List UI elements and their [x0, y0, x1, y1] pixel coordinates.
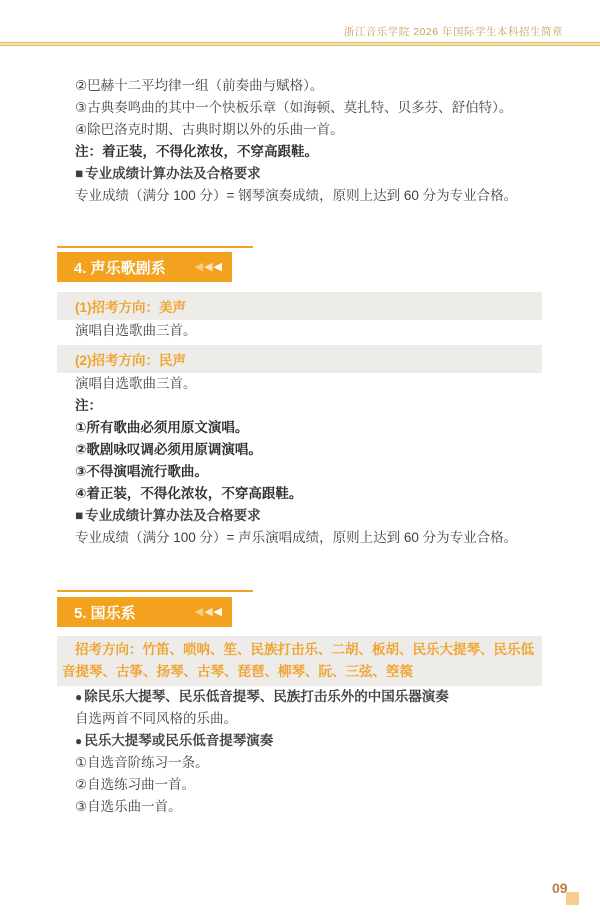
vocal-opera-section: 4. 声乐歌剧系 ◀ ◀ ◀ (1)招考方向：美声 演唱自选歌曲三首。 (2)招… [57, 246, 542, 549]
subsection-heading-label: 除民乐大提琴、民乐低音提琴、民族打击乐外的中国乐器演奏 [84, 689, 449, 704]
score-method-text: 专业成绩（满分 100 分）= 钢琴演奏成绩，原则上达到 60 分为专业合格。 [57, 185, 542, 207]
directions-instrument-list: 招考方向：竹笛、唢呐、笙、民族打击乐、二胡、板胡、民乐大提琴、民乐低音提琴、古筝… [57, 636, 542, 686]
dot-bullet-icon: ● [75, 690, 82, 704]
note-item: ②歌剧咏叹调必须用原调演唱。 [57, 439, 542, 461]
requirement-item: ④除巴洛克时期、古典时期以外的乐曲一首。 [57, 119, 542, 141]
arrow-left-icon: ◀ [214, 262, 222, 273]
requirement-item: ③古典奏鸣曲的其中一个快板乐章（如海顿、莫扎特、贝多芬、舒伯特）。 [57, 97, 542, 119]
direction-label-folk-vocal: (2)招考方向：民声 [57, 345, 542, 373]
page-number-block: 09 [520, 880, 582, 910]
triple-arrow-icon: ◀ ◀ ◀ [195, 607, 222, 618]
square-bullet-icon: ■ [75, 508, 83, 523]
triple-arrow-icon: ◀ ◀ ◀ [195, 262, 222, 273]
note-item: ①所有歌曲必须用原文演唱。 [57, 417, 542, 439]
arrow-left-icon: ◀ [195, 607, 203, 618]
subsection-heading-label: 民乐大提琴或民乐低音提琴演奏 [84, 733, 273, 748]
direction-requirement: 演唱自选歌曲三首。 [57, 373, 542, 395]
arrow-left-icon: ◀ [214, 607, 222, 618]
banner-top-line [57, 590, 253, 592]
requirement-item: ③自选乐曲一首。 [57, 796, 542, 818]
note-item: ④着正装，不得化浓妆，不穿高跟鞋。 [57, 483, 542, 505]
arrow-left-icon: ◀ [204, 607, 212, 618]
requirement-item: ②巴赫十二平均律一组（前奏曲与赋格）。 [57, 75, 542, 97]
section-banner-title: 4. 声乐歌剧系 [74, 257, 195, 278]
arrow-left-icon: ◀ [195, 262, 203, 273]
score-method-heading: ■专业成绩计算办法及合格要求 [57, 163, 542, 185]
direction-label-bel-canto: (1)招考方向：美声 [57, 292, 542, 320]
requirement-item: ①自选音阶练习一条。 [57, 752, 542, 774]
page-number: 09 [552, 880, 568, 896]
page-header-title: 浙江音乐学院 2026 年国际学生本科招生简章 [344, 24, 563, 39]
traditional-music-section: 5. 国乐系 ◀ ◀ ◀ 招考方向：竹笛、唢呐、笙、民族打击乐、二胡、板胡、民乐… [57, 590, 542, 818]
section-banner-title: 5. 国乐系 [74, 602, 195, 623]
subsection-heading: ●除民乐大提琴、民乐低音提琴、民族打击乐外的中国乐器演奏 [57, 686, 542, 708]
piano-requirements-section: ②巴赫十二平均律一组（前奏曲与赋格）。 ③古典奏鸣曲的其中一个快板乐章（如海顿、… [57, 75, 542, 207]
note-item: ③不得演唱流行歌曲。 [57, 461, 542, 483]
dress-code-note: 注：着正装，不得化浓妆，不穿高跟鞋。 [57, 141, 542, 163]
subsection-heading: ●民乐大提琴或民乐低音提琴演奏 [57, 730, 542, 752]
score-method-heading-label: 专业成绩计算办法及合格要求 [85, 166, 261, 181]
requirement-item: 自选两首不同风格的乐曲。 [57, 708, 542, 730]
banner-top-line [57, 246, 253, 248]
score-method-heading-label: 专业成绩计算办法及合格要求 [85, 508, 261, 523]
score-method-text: 专业成绩（满分 100 分）= 声乐演唱成绩，原则上达到 60 分为专业合格。 [57, 527, 542, 549]
section-banner-vocal-opera: 4. 声乐歌剧系 ◀ ◀ ◀ [57, 252, 232, 282]
arrow-left-icon: ◀ [204, 262, 212, 273]
section-banner-traditional-music: 5. 国乐系 ◀ ◀ ◀ [57, 597, 232, 627]
notes-heading: 注： [57, 395, 542, 417]
requirement-item: ②自选练习曲一首。 [57, 774, 542, 796]
square-bullet-icon: ■ [75, 166, 83, 181]
direction-requirement: 演唱自选歌曲三首。 [57, 320, 542, 342]
header-divider-line [0, 42, 600, 46]
score-method-heading: ■专业成绩计算办法及合格要求 [57, 505, 542, 527]
brochure-page: 浙江音乐学院 2026 年国际学生本科招生简章 ②巴赫十二平均律一组（前奏曲与赋… [0, 0, 600, 923]
dot-bullet-icon: ● [75, 734, 82, 748]
